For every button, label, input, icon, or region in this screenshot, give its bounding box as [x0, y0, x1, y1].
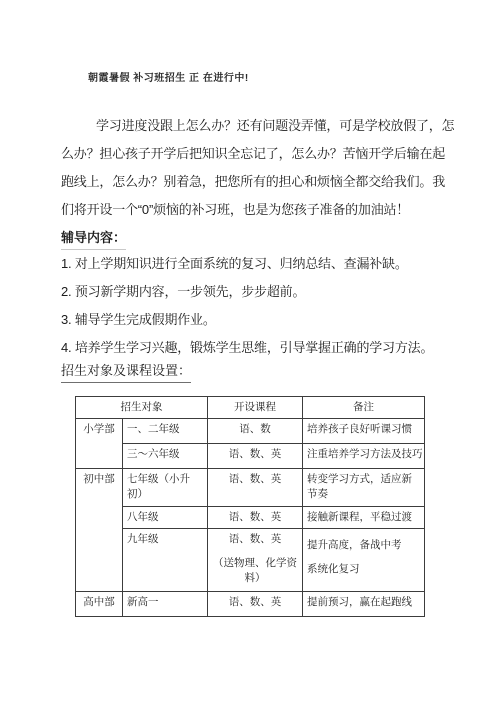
course-text: 语、数、英 [229, 448, 282, 460]
table-row: 八年级 语、数、英 接触新课程，平稳过渡 [76, 507, 425, 529]
course-cell: 语、数、英 [208, 444, 303, 469]
list-item: 2. 预习新学期内容，一步领先，步步超前。 [61, 278, 456, 306]
header-target-audience: 招生对象 [76, 397, 208, 419]
list-item: 1. 对上学期知识进行全面系统的复习、归纳总结、查漏补缺。 [61, 250, 456, 278]
header-courses-offered: 开设课程 [208, 397, 303, 419]
grade-text: 八年级 [127, 511, 159, 523]
dept-primary-cell: 小学部 [76, 419, 123, 469]
grade-cell: 八年级 [123, 507, 208, 529]
grade-text: 三～六年级 [127, 448, 180, 460]
list-item: 3. 辅导学生完成假期作业。 [61, 306, 456, 334]
course-cell: 语、数 [208, 419, 303, 444]
intro-line: 们将开设一个“0”烦恼的补习班，也是为您孩子准备的加油站！ [61, 196, 456, 224]
intro-paragraph: 学习进度没跟上怎么办？还有问题没弄懂，可是学校放假了，怎 么办？担心孩子开学后把… [61, 112, 456, 224]
enrollment-setup-heading-text: 招生对象及课程设置： [61, 360, 191, 383]
note-text: 提前预习，赢在起跑线 [307, 596, 412, 608]
dept-senior-cell: 高中部 [76, 592, 123, 617]
course-text: 语、数、英 [229, 511, 282, 523]
grade-text: 新高一 [127, 596, 159, 608]
note-cell: 注重培养学习方法及技巧 [303, 444, 425, 469]
grade-cell: 三～六年级 [123, 444, 208, 469]
table-row: 小学部 一、二年级 语、数 培养孩子良好听课习惯 [76, 419, 425, 444]
note-text: 培养孩子良好听课习惯 [307, 423, 412, 435]
enrollment-setup-heading: 招生对象及课程设置： [61, 360, 191, 383]
table-row: 高中部 新高一 语、数、英 提前预习，赢在起跑线 [76, 592, 425, 617]
intro-line: 跑线上，怎么办？别着急，把您所有的担心和烦恼全都交给我们。我 [61, 168, 456, 196]
grade-cell: 一、二年级 [123, 419, 208, 444]
tutoring-content-heading-text: 辅导内容： [61, 227, 126, 250]
course-cell: 语、数、英 （送物理、化学资料） [208, 529, 303, 592]
note-text: 提升高度，备战中考 [307, 532, 420, 553]
header-remarks: 备注 [303, 397, 425, 419]
list-item: 4. 培养学生学习兴趣，锻炼学生思维，引导掌握正确的学习方法。 [61, 334, 456, 362]
course-text: 语、数 [239, 423, 271, 435]
note-text: 系统化复习 [307, 562, 420, 577]
note-text: 接触新课程，平稳过渡 [307, 511, 412, 523]
table-row: 三～六年级 语、数、英 注重培养学习方法及技巧 [76, 444, 425, 469]
course-text: 语、数、英 [212, 532, 298, 547]
note-cell: 培养孩子良好听课习惯 [303, 419, 425, 444]
grade-cell: 九年级 [123, 529, 208, 592]
grade-cell: 新高一 [123, 592, 208, 617]
note-cell: 转变学习方式，适应新节奏 [303, 469, 425, 507]
note-cell: 接触新课程，平稳过渡 [303, 507, 425, 529]
tutoring-items-list: 1. 对上学期知识进行全面系统的复习、归纳总结、查漏补缺。 2. 预习新学期内容… [61, 250, 456, 362]
tutoring-content-heading: 辅导内容： [61, 227, 126, 250]
intro-line: 学习进度没跟上怎么办？还有问题没弄懂，可是学校放假了，怎 [61, 112, 456, 140]
page-title: 朝霞暑假 补习班招生 正 在进行中! [88, 69, 249, 84]
grade-cell: 七年级（小升初） [123, 469, 208, 507]
dept-junior-cell: 初中部 [76, 469, 123, 592]
note-cell: 提前预习，赢在起跑线 [303, 592, 425, 617]
grade-text: 一、二年级 [127, 423, 180, 435]
table-row: 九年级 语、数、英 （送物理、化学资料） 提升高度，备战中考 系统化复习 [76, 529, 425, 592]
note-text: 注重培养学习方法及技巧 [307, 448, 423, 460]
table-row: 初中部 七年级（小升初） 语、数、英 转变学习方式，适应新节奏 [76, 469, 425, 507]
grade-text: 九年级 [127, 533, 159, 545]
course-text: 语、数、英 [229, 473, 282, 485]
course-cell: 语、数、英 [208, 507, 303, 529]
course-cell: 语、数、英 [208, 469, 303, 507]
note-cell: 提升高度，备战中考 系统化复习 [303, 529, 425, 592]
document-page: 朝霞暑假 补习班招生 正 在进行中! 学习进度没跟上怎么办？还有问题没弄懂，可是… [0, 0, 500, 707]
intro-line: 么办？担心孩子开学后把知识全忘记了，怎么办？苦恼开学后输在起 [61, 140, 456, 168]
course-text: 语、数、英 [229, 596, 282, 608]
table-header-row: 招生对象 开设课程 备注 [76, 397, 425, 419]
enrollment-table: 招生对象 开设课程 备注 小学部 一、二年级 语、数 培养孩子良好听课习惯 三～… [75, 396, 425, 617]
course-cell: 语、数、英 [208, 592, 303, 617]
course-bonus-text: （送物理、化学资料） [212, 556, 298, 586]
